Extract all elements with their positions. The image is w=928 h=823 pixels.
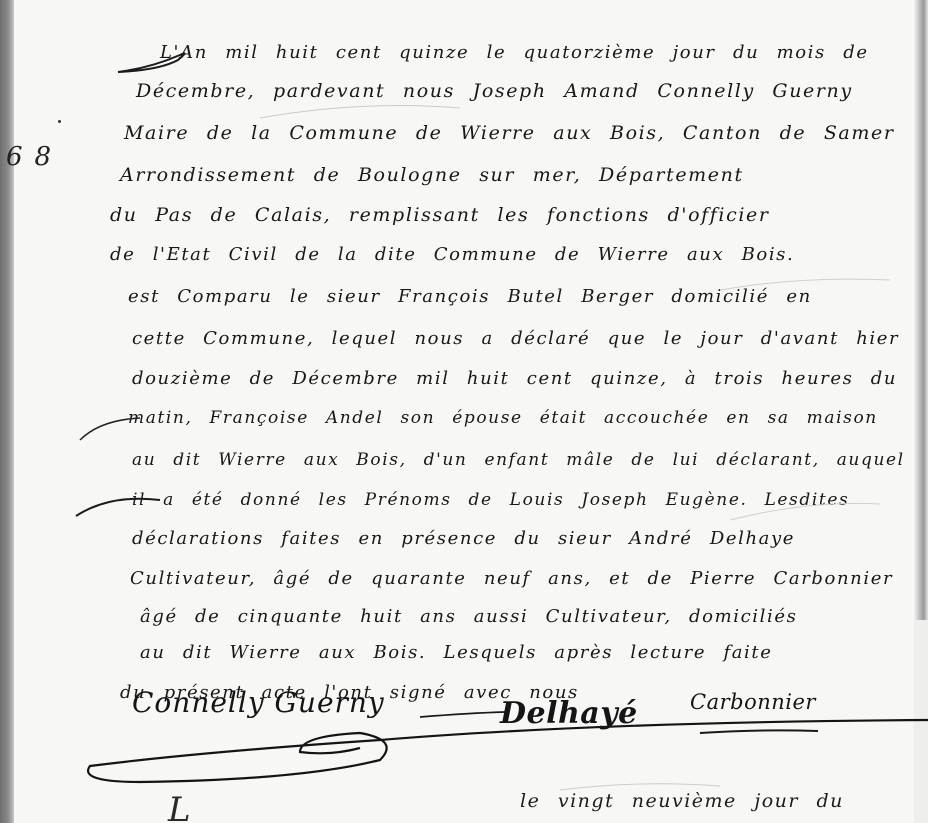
signature-block: Connelly Guerny Delhayé Carbonnier: [0, 0, 928, 823]
signature-witness-delhaye: Delhayé: [500, 696, 638, 731]
next-record-initial: L: [168, 790, 191, 823]
signature-mayor: Connelly Guerny: [132, 686, 385, 719]
document-page: 68 L'An mil huit cent quinze le quatorzi…: [0, 0, 928, 823]
signature-witness-carbonnier: Carbonnier: [690, 690, 816, 714]
next-record-first-line: le vingt neuvième jour du: [520, 790, 844, 812]
